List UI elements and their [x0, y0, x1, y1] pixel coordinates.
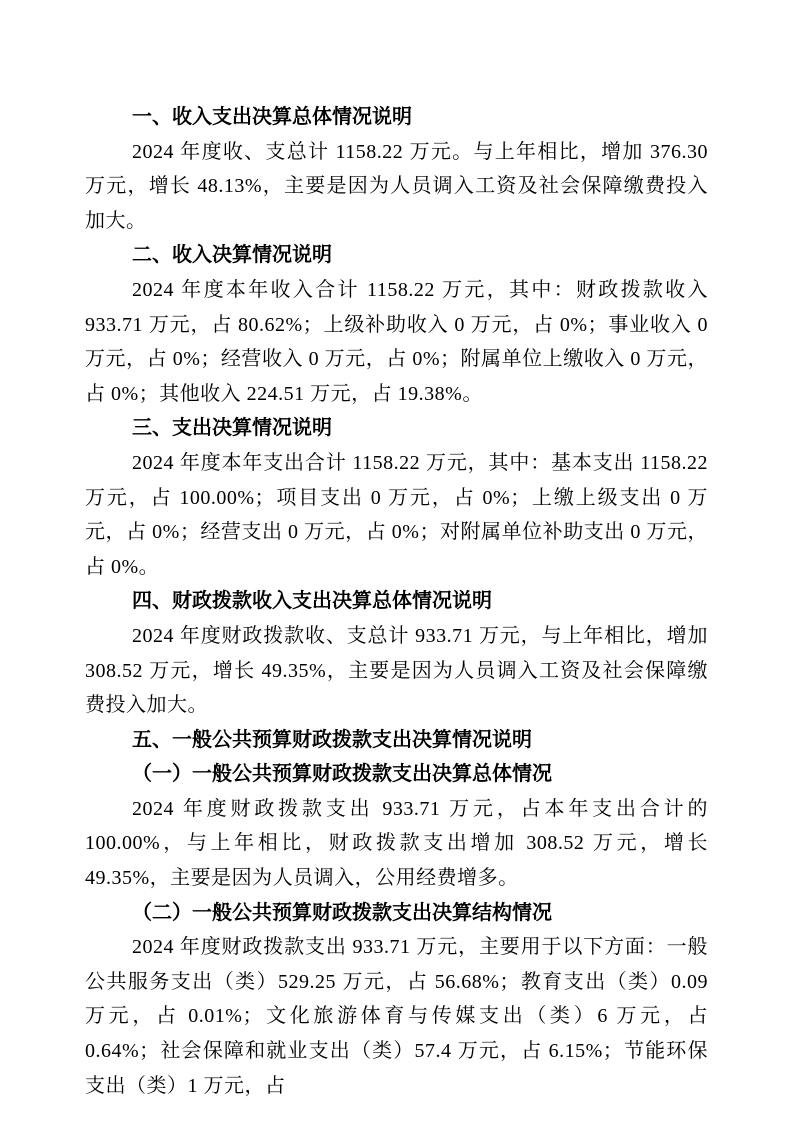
section-subheading-5-1: （一）一般公共预算财政拨款支出决算总体情况 [85, 757, 708, 792]
section-heading-5: 五、一般公共预算财政拨款支出决算情况说明 [85, 723, 708, 758]
section-heading-2: 二、收入决算情况说明 [85, 238, 708, 273]
paragraph-income-expense-total: 2024 年度收、支总计 1158.22 万元。与上年相比，增加 376.30 … [85, 135, 708, 239]
paragraph-expense-detail: 2024 年度本年支出合计 1158.22 万元，其中：基本支出 1158.22… [85, 446, 708, 584]
paragraph-budget-expense-overview: 2024 年度财政拨款支出 933.71 万元，占本年支出合计的 100.00%… [85, 792, 708, 896]
section-subheading-5-2: （二）一般公共预算财政拨款支出决算结构情况 [85, 896, 708, 931]
section-heading-1: 一、收入支出决算总体情况说明 [85, 100, 708, 135]
paragraph-fiscal-appropriation-total: 2024 年度财政拨款收、支总计 933.71 万元，与上年相比，增加 308.… [85, 619, 708, 723]
paragraph-budget-expense-structure: 2024 年度财政拨款支出 933.71 万元，主要用于以下方面：一般公共服务支… [85, 930, 708, 1103]
section-heading-4: 四、财政拨款收入支出决算总体情况说明 [85, 584, 708, 619]
paragraph-income-detail: 2024 年度本年收入合计 1158.22 万元，其中：财政拨款收入 933.7… [85, 273, 708, 411]
document-page: 一、收入支出决算总体情况说明 2024 年度收、支总计 1158.22 万元。与… [0, 0, 793, 1122]
section-heading-3: 三、支出决算情况说明 [85, 411, 708, 446]
